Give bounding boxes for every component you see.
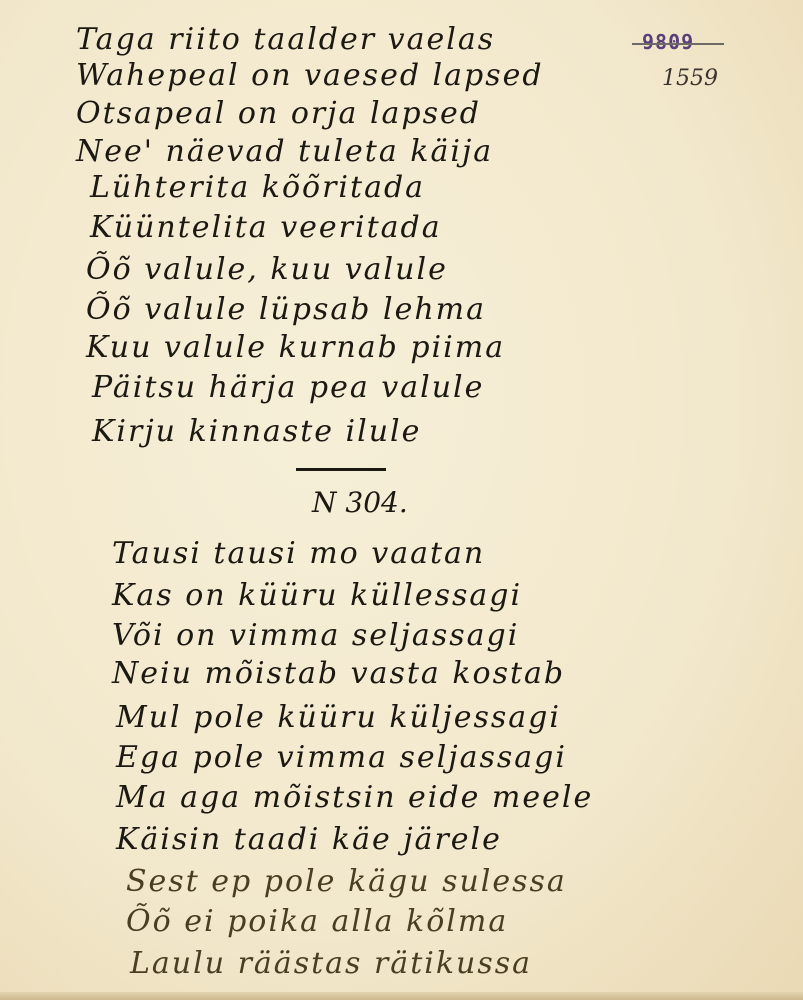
manuscript-page: 9809 1559 Taga riito taalder vaelas Wahe… [0,0,803,1000]
strikethrough-line [632,43,724,45]
archive-number: 1559 [662,66,718,91]
verse-line: Kuu valule kurnab piima [86,330,505,365]
verse-line: Kas on küüru küllessagi [112,578,522,613]
stamp-number: 9809 [642,30,694,54]
verse-line: Otsapeal on orja lapsed [76,96,481,131]
verse-line: Wahepeal on vaesed lapsed [76,58,544,93]
song-number: N 304. [312,486,408,519]
verse-line: Lühterita kõõritada [90,170,425,205]
section-divider [296,468,386,471]
verse-line: Mul pole küüru küljessagi [116,700,561,735]
verse-line: Päitsu härja pea valule [92,370,484,405]
verse-line: Taga riito taalder vaelas [76,22,495,57]
verse-line: Ega pole vimma seljassagi [116,740,567,775]
verse-line: Küüntelita veeritada [90,210,442,245]
verse-line: Õõ valule, kuu valule [86,252,448,287]
verse-line: Tausi tausi mo vaatan [112,536,485,571]
verse-line: Laulu räästas rätikussa [130,946,532,981]
verse-line: Või on vimma seljassagi [112,618,519,653]
verse-line: Õõ ei poika alla kõlma [126,904,508,939]
verse-line: Õõ valule lüpsab lehma [86,292,486,327]
verse-line: Nee' näevad tuleta käija [76,134,493,169]
verse-line: Kirju kinnaste ilule [92,414,421,449]
page-edge [0,992,803,1000]
verse-line: Neiu mõistab vasta kostab [112,656,565,691]
verse-line: Sest ep pole kägu sulessa [126,864,567,899]
verse-line: Ma aga mõistsin eide meele [116,780,593,815]
verse-line: Käisin taadi käe järele [116,822,502,857]
